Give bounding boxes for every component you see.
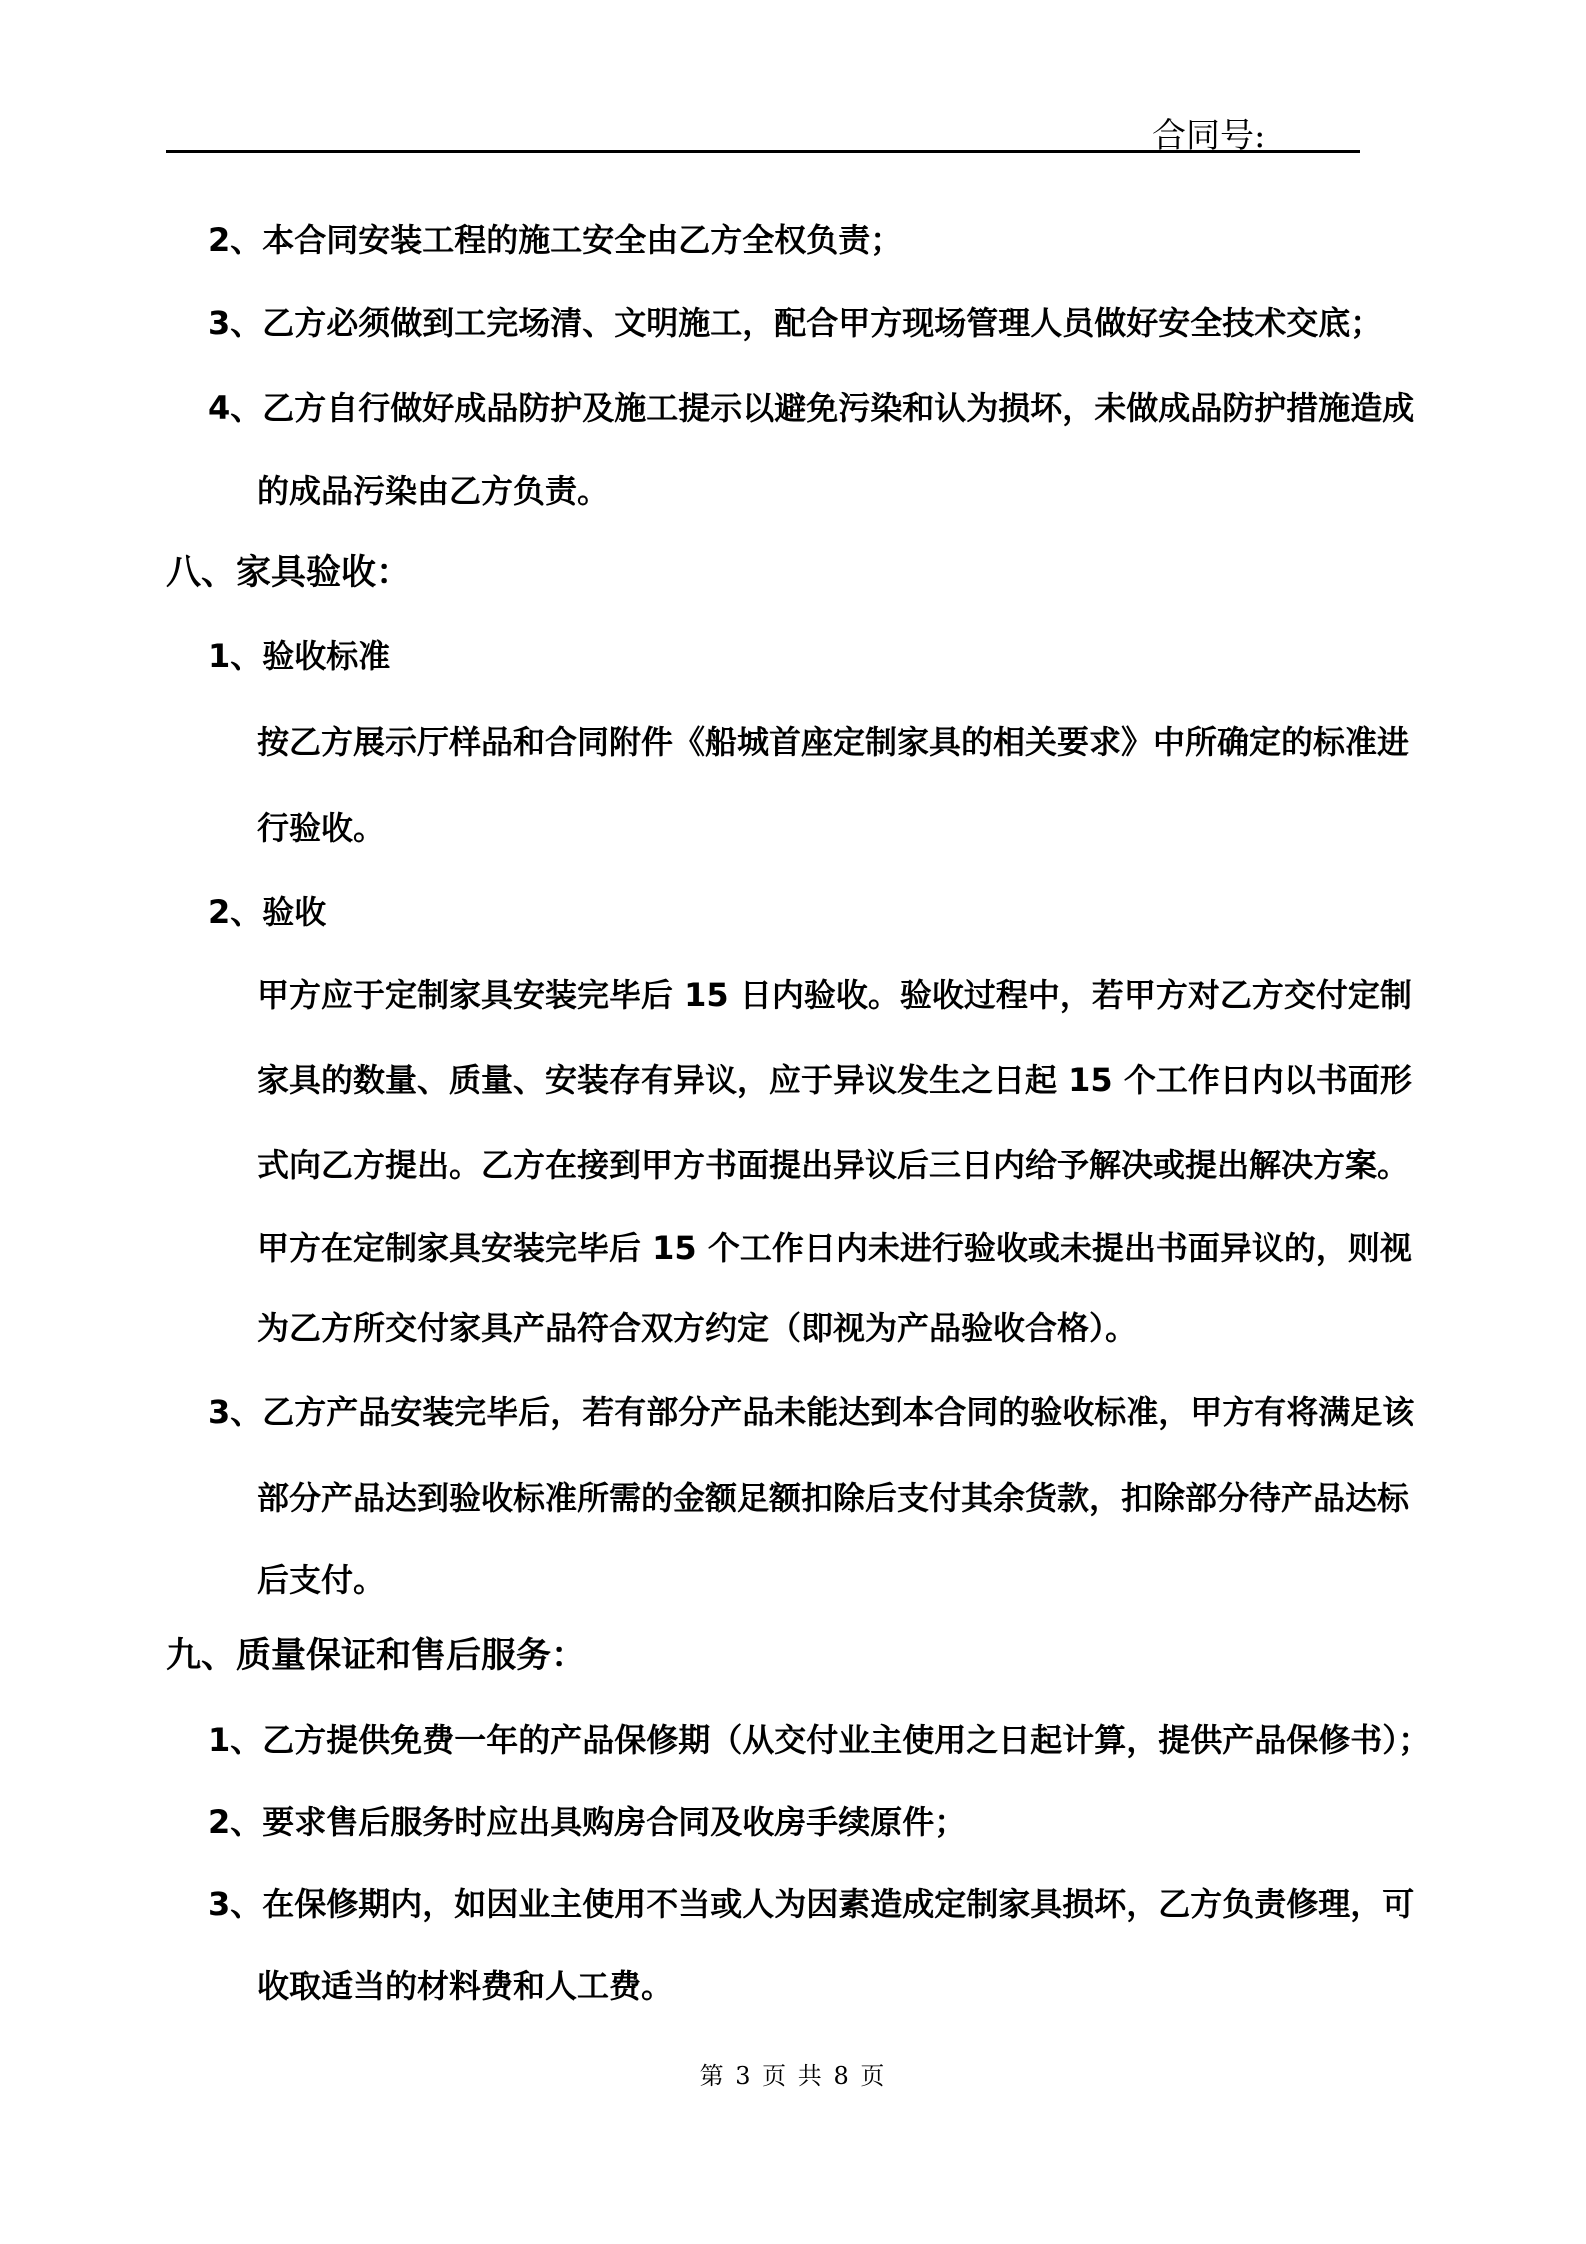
contract-page: 合同号: 2、本合同安装工程的施工安全由乙方全权负责； 3、乙方必须做到工完场清… [0,0,1586,2244]
section-heading-furniture-acceptance: 八、家具验收： [166,553,411,593]
clause-line: 甲方在定制家具安装完毕后 15 个工作日内未进行验收或未提出书面异议的，则视 [257,1228,1412,1268]
clause-line: 2、验收 [208,892,326,932]
clause-line: 为乙方所交付家具产品符合双方约定（即视为产品验收合格）。 [257,1308,1137,1348]
clause-line: 4、乙方自行做好成品防护及施工提示以避免污染和认为损坏，未做成品防护措施造成 [208,388,1414,428]
clause-line: 2、要求售后服务时应出具购房合同及收房手续原件； [208,1802,966,1842]
clause-line: 2、本合同安装工程的施工安全由乙方全权负责； [208,220,902,260]
clause-line: 收取适当的材料费和人工费。 [257,1966,673,2006]
clause-line: 部分产品达到验收标准所需的金额足额扣除后支付其余货款，扣除部分待产品达标 [257,1478,1409,1518]
page-number: 第 3 页 共 8 页 [0,2056,1586,2091]
header-rule [166,150,1360,153]
section-heading-quality-warranty: 九、质量保证和售后服务： [166,1636,586,1676]
clause-line: 家具的数量、质量、安装存有异议，应于异议发生之日起 15 个工作日内以书面形 [257,1060,1412,1100]
clause-line: 行验收。 [257,808,385,848]
clause-line: 3、乙方产品安装完毕后，若有部分产品未能达到本合同的验收标准，甲方有将满足该 [208,1392,1414,1432]
clause-line: 1、验收标准 [208,636,390,676]
clause-line: 的成品污染由乙方负责。 [257,471,609,511]
clause-line: 甲方应于定制家具安装完毕后 15 日内验收。验收过程中，若甲方对乙方交付定制 [257,975,1412,1015]
clause-line: 1、乙方提供免费一年的产品保修期（从交付业主使用之日起计算，提供产品保修书）； [208,1720,1430,1760]
clause-line: 3、在保修期内，如因业主使用不当或人为因素造成定制家具损坏，乙方负责修理，可 [208,1884,1414,1924]
clause-line: 后支付。 [257,1560,385,1600]
clause-line: 式向乙方提出。乙方在接到甲方书面提出异议后三日内给予解决或提出解决方案。 [257,1145,1409,1185]
clause-line: 3、乙方必须做到工完场清、文明施工，配合甲方现场管理人员做好安全技术交底； [208,303,1382,343]
clause-line: 按乙方展示厅样品和合同附件《船城首座定制家具的相关要求》中所确定的标准进 [257,722,1409,762]
